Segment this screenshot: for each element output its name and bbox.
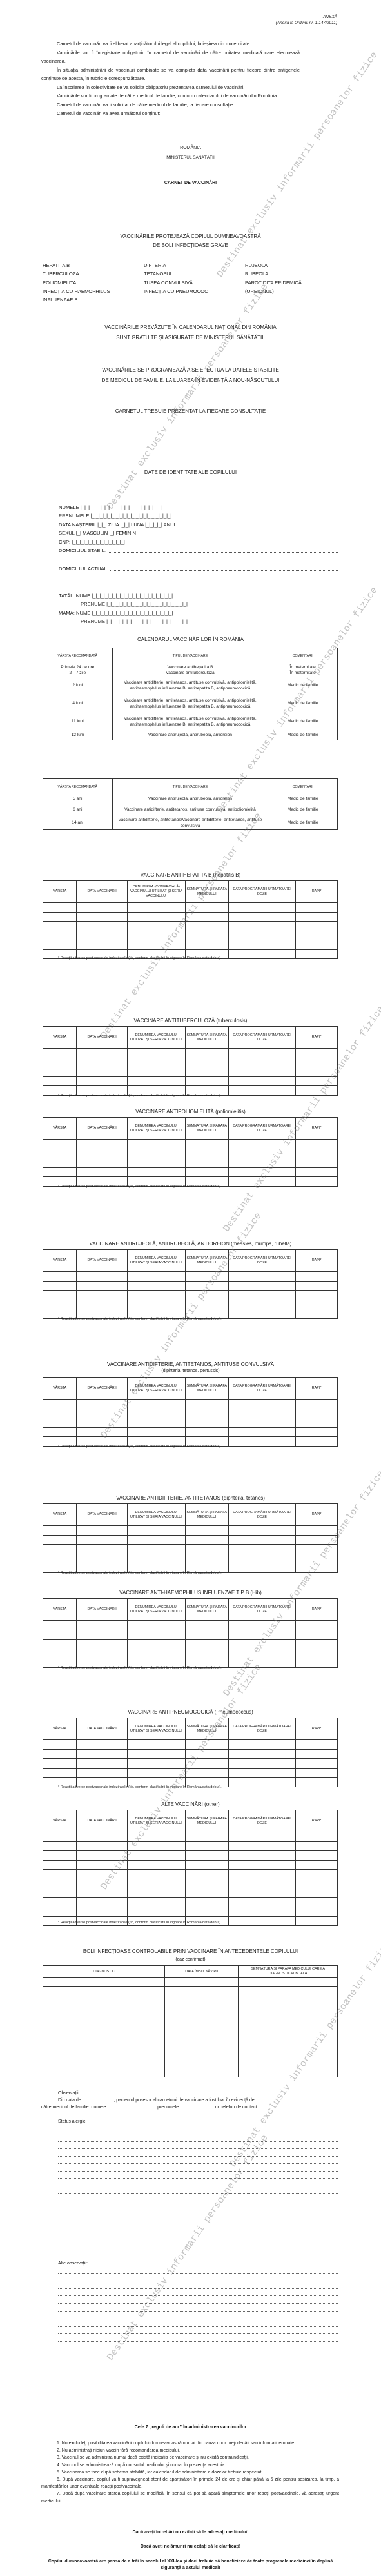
vaccine-cell[interactable]: [185, 922, 228, 931]
dotted-line: [59, 582, 338, 591]
vaccine-cell[interactable]: [185, 1167, 228, 1177]
adverse-reaction-footnote: * Reacții adverse postvaccinale indezira…: [58, 1317, 222, 1321]
vaccine-cell[interactable]: [296, 1149, 338, 1158]
vaccine-cell[interactable]: [43, 1768, 77, 1778]
vaccine-cell[interactable]: [296, 1888, 338, 1898]
vaccine-cell[interactable]: [296, 1916, 338, 1926]
vaccine-cell[interactable]: [43, 1167, 77, 1177]
observations-line-1[interactable]: Din data de ........................., p…: [41, 2097, 338, 2104]
vaccine-cell[interactable]: [43, 1554, 77, 1563]
vaccine-cell[interactable]: [296, 1400, 338, 1409]
vaccine-cell[interactable]: [228, 1888, 295, 1898]
vaccine-cell[interactable]: [228, 1563, 295, 1573]
vaccine-cell[interactable]: [43, 1535, 77, 1545]
disease-history-cell[interactable]: [239, 2005, 338, 2014]
vaccine-cell[interactable]: [128, 1049, 186, 1058]
vaccine-cell[interactable]: [296, 1140, 338, 1149]
disease-history-cell[interactable]: [239, 1978, 338, 1987]
vaccine-cell[interactable]: [296, 1621, 338, 1630]
vaccine-cell[interactable]: [128, 1630, 186, 1640]
vaccine-cell[interactable]: [185, 1832, 228, 1842]
vaccine-cell[interactable]: [296, 903, 338, 913]
vaccine-cell[interactable]: [77, 1300, 128, 1309]
vaccine-cell[interactable]: [43, 1300, 77, 1309]
disease-history-cell[interactable]: [43, 2059, 165, 2068]
field-prenumele[interactable]: PRENUMELE |_|_|_|_|_|_|_|_|_|_|_|_|_|_|_…: [59, 511, 338, 520]
vaccine-cell[interactable]: [228, 1851, 295, 1861]
vaccine-cell[interactable]: [128, 1300, 186, 1309]
vaccine-cell[interactable]: [128, 1158, 186, 1168]
vaccine-cell[interactable]: [228, 1281, 295, 1291]
vaccine-cell[interactable]: [43, 1545, 77, 1554]
disease-history-cell[interactable]: [165, 2032, 239, 2041]
vaccine-cell[interactable]: [77, 1272, 128, 1282]
allergy-dotted-line[interactable]: [58, 2134, 338, 2134]
vaccine-cell[interactable]: [228, 903, 295, 913]
allergy-dotted-line[interactable]: [58, 2171, 338, 2172]
vaccine-cell[interactable]: [296, 940, 338, 950]
other-observation-dotted-line[interactable]: [58, 2333, 338, 2334]
vaccine-cell[interactable]: [185, 1140, 228, 1149]
disease-history-cell[interactable]: [165, 2050, 239, 2059]
vaccine-cell[interactable]: [185, 1860, 228, 1870]
vaccine-cell[interactable]: [43, 1418, 77, 1428]
disease-history-cell[interactable]: [239, 2050, 338, 2059]
vaccine-cell[interactable]: [228, 912, 295, 922]
vaccine-cell[interactable]: [296, 1740, 338, 1750]
vaccine-cell[interactable]: [296, 1418, 338, 1428]
other-observation-dotted-line[interactable]: [58, 2281, 338, 2281]
vaccine-cell[interactable]: [43, 1049, 77, 1058]
vaccine-cell[interactable]: [128, 1907, 186, 1917]
field-mama-prenume[interactable]: PRENUME |_|_|_|_|_|_|_|_|_|_|_|_|_|_|_|_…: [59, 617, 338, 626]
vaccine-cell[interactable]: [43, 1281, 77, 1291]
vaccine-cell[interactable]: [77, 1158, 128, 1168]
vaccine-cell[interactable]: [185, 1535, 228, 1545]
vaccine-cell[interactable]: [77, 931, 128, 940]
vaccine-cell[interactable]: [77, 1759, 128, 1769]
vaccine-cell[interactable]: [228, 1067, 295, 1077]
vaccine-cell[interactable]: [128, 1640, 186, 1649]
vaccine-cell[interactable]: [296, 1841, 338, 1851]
vaccine-cell[interactable]: [43, 1291, 77, 1300]
vaccine-cell[interactable]: [77, 1067, 128, 1077]
vaccine-cell[interactable]: [128, 1545, 186, 1554]
vaccine-cell[interactable]: [128, 1535, 186, 1545]
vaccine-cell[interactable]: [296, 1658, 338, 1668]
vaccine-cell[interactable]: [77, 912, 128, 922]
vaccine-cell[interactable]: [128, 1851, 186, 1861]
field-numele[interactable]: NUMELE |_|_|_|_|_|_|_|_|_|_|_|_|_|_|_|_|…: [59, 503, 338, 511]
vaccine-cell[interactable]: [296, 1870, 338, 1879]
vaccine-cell[interactable]: [185, 1897, 228, 1907]
other-observation-dotted-line[interactable]: [58, 2319, 338, 2319]
vaccine-cell[interactable]: [43, 1058, 77, 1067]
vaccine-cell[interactable]: [185, 1870, 228, 1879]
vaccine-cell[interactable]: [77, 1630, 128, 1640]
vaccine-cell[interactable]: [77, 1149, 128, 1158]
vaccine-cell[interactable]: [185, 1149, 228, 1158]
vaccine-cell[interactable]: [128, 1067, 186, 1077]
vaccine-cell[interactable]: [128, 1427, 186, 1437]
vaccine-cell[interactable]: [228, 1291, 295, 1300]
vaccine-cell[interactable]: [128, 1149, 186, 1158]
vaccine-cell[interactable]: [43, 1740, 77, 1750]
vaccine-cell[interactable]: [296, 1860, 338, 1870]
other-observation-dotted-line[interactable]: [58, 2311, 338, 2312]
field-cnp[interactable]: CNP: |_|_|_|_|_|_|_|_|_|_|_|_|_|: [59, 538, 338, 546]
vaccine-cell[interactable]: [128, 1888, 186, 1898]
vaccine-cell[interactable]: [128, 1870, 186, 1879]
vaccine-cell[interactable]: [77, 903, 128, 913]
vaccine-cell[interactable]: [185, 1545, 228, 1554]
vaccine-cell[interactable]: [185, 1049, 228, 1058]
vaccine-cell[interactable]: [296, 1768, 338, 1778]
vaccine-cell[interactable]: [296, 1649, 338, 1658]
vaccine-cell[interactable]: [43, 1427, 77, 1437]
vaccine-cell[interactable]: [296, 1177, 338, 1187]
vaccine-cell[interactable]: [77, 1076, 128, 1086]
vaccine-cell[interactable]: [228, 1740, 295, 1750]
vaccine-cell[interactable]: [296, 931, 338, 940]
vaccine-cell[interactable]: [77, 1049, 128, 1058]
vaccine-cell[interactable]: [43, 1140, 77, 1149]
vaccine-cell[interactable]: [77, 1545, 128, 1554]
vaccine-cell[interactable]: [228, 1418, 295, 1428]
vaccine-cell[interactable]: [128, 903, 186, 913]
vaccine-cell[interactable]: [128, 912, 186, 922]
vaccine-cell[interactable]: [228, 1049, 295, 1058]
vaccine-cell[interactable]: [296, 1907, 338, 1917]
vaccine-cell[interactable]: [185, 1879, 228, 1888]
disease-history-cell[interactable]: [165, 2068, 239, 2077]
disease-history-cell[interactable]: [165, 2041, 239, 2050]
field-sexul[interactable]: SEXUL |_| MASCULIN |_| FEMININ: [59, 529, 338, 537]
vaccine-cell[interactable]: [228, 1897, 295, 1907]
vaccine-cell[interactable]: [77, 1140, 128, 1149]
vaccine-cell[interactable]: [128, 1418, 186, 1428]
disease-history-cell[interactable]: [43, 2050, 165, 2059]
vaccine-cell[interactable]: [43, 1860, 77, 1870]
vaccine-cell[interactable]: [185, 1409, 228, 1418]
vaccine-cell[interactable]: [43, 1149, 77, 1158]
vaccine-cell[interactable]: [296, 922, 338, 931]
table-row: [43, 1996, 338, 2005]
field-data-nasterii[interactable]: DATA NAȘTERII: |_|_| ZIUA |_|_| LUNA |_|…: [59, 520, 338, 529]
vaccine-cell[interactable]: [185, 931, 228, 940]
disease-history-cell[interactable]: [165, 2014, 239, 2023]
vaccine-cell[interactable]: [128, 1291, 186, 1300]
vaccine-cell[interactable]: [128, 1526, 186, 1536]
vaccine-cell[interactable]: [128, 1879, 186, 1888]
vaccine-cell[interactable]: [228, 1545, 295, 1554]
vaccine-cell[interactable]: [43, 1749, 77, 1759]
vaccine-cell[interactable]: [77, 1291, 128, 1300]
vaccine-cell[interactable]: [185, 1630, 228, 1640]
vaccine-cell[interactable]: [185, 1076, 228, 1086]
vaccine-cell[interactable]: [77, 1749, 128, 1759]
intro-paragraphs: Carnetul de vaccinări va fi eliberat apa…: [41, 39, 300, 118]
disease-history-cell[interactable]: [165, 1978, 239, 1987]
vaccine-cell[interactable]: [128, 1621, 186, 1630]
allergy-dotted-line[interactable]: [58, 2148, 338, 2149]
vaccine-cell[interactable]: [185, 1621, 228, 1630]
vaccine-cell[interactable]: [43, 1841, 77, 1851]
vaccine-cell[interactable]: [43, 1630, 77, 1640]
other-observation-dotted-line[interactable]: [58, 2295, 338, 2296]
vaccine-cell[interactable]: [185, 1851, 228, 1861]
vaccine-cell[interactable]: [228, 1427, 295, 1437]
vaccine-cell[interactable]: [228, 1841, 295, 1851]
vaccine-cell[interactable]: [77, 1740, 128, 1750]
vaccine-cell[interactable]: [185, 1640, 228, 1649]
vaccine-cell[interactable]: [43, 1400, 77, 1409]
vaccine-cell[interactable]: [296, 1058, 338, 1067]
vaccine-cell[interactable]: [43, 1649, 77, 1658]
vaccine-cell[interactable]: [296, 1640, 338, 1649]
vaccine-cell[interactable]: [77, 1058, 128, 1067]
vaccine-cell[interactable]: [296, 1300, 338, 1309]
vaccine-cell[interactable]: [43, 922, 77, 931]
vaccine-cell[interactable]: [228, 1759, 295, 1769]
field-tatal-nume[interactable]: TATĂL: NUME |_|_|_|_|_|_|_|_|_|_|_|_|_|_…: [59, 591, 338, 600]
disease-history-cell[interactable]: [43, 2068, 165, 2077]
vaccine-cell[interactable]: [77, 1888, 128, 1898]
disease-history-cell[interactable]: [165, 1996, 239, 2005]
vaccine-cell[interactable]: [296, 1309, 338, 1319]
vaccine-cell[interactable]: [228, 1300, 295, 1309]
vaccine-cell[interactable]: [228, 1860, 295, 1870]
vaccine-cell[interactable]: [296, 1291, 338, 1300]
vaccine-cell[interactable]: [185, 1427, 228, 1437]
vaccine-cell[interactable]: [228, 1309, 295, 1319]
vaccine-cell[interactable]: [296, 1281, 338, 1291]
disease-history-cell[interactable]: [43, 2032, 165, 2041]
vaccine-cell[interactable]: [228, 1272, 295, 1282]
disease-history-cell[interactable]: [239, 2059, 338, 2068]
table-row: [43, 1535, 338, 1545]
vaccine-cell[interactable]: [228, 1437, 295, 1447]
vaccine-cell[interactable]: [43, 1621, 77, 1630]
vaccine-cell[interactable]: [296, 1759, 338, 1769]
field-domiciliul-actual[interactable]: DOMICILIUL ACTUAL:: [59, 564, 338, 573]
vaccine-cell[interactable]: [77, 1640, 128, 1649]
allergy-dotted-line[interactable]: [58, 2193, 338, 2194]
vaccine-cell[interactable]: [296, 1897, 338, 1907]
vaccine-cell[interactable]: [228, 1554, 295, 1563]
vaccine-cell[interactable]: [296, 1879, 338, 1888]
vaccine-cell[interactable]: [43, 903, 77, 913]
vaccine-cell[interactable]: [43, 1640, 77, 1649]
vaccine-cell[interactable]: [77, 1768, 128, 1778]
vaccine-cell[interactable]: [128, 1649, 186, 1658]
vaccine-cell[interactable]: [228, 1916, 295, 1926]
vaccine-cell[interactable]: [228, 1870, 295, 1879]
vaccine-cell[interactable]: [296, 1158, 338, 1168]
vaccine-cell[interactable]: [128, 1058, 186, 1067]
vaccine-cell[interactable]: [128, 1897, 186, 1907]
allergy-dotted-line[interactable]: [58, 2141, 338, 2142]
vaccine-cell[interactable]: [128, 1281, 186, 1291]
vaccine-cell[interactable]: [228, 1879, 295, 1888]
allergy-dotted-line[interactable]: [58, 2156, 338, 2157]
other-observation-dotted-line[interactable]: [58, 2303, 338, 2304]
disease-history-cell[interactable]: [43, 2023, 165, 2032]
vaccine-cell[interactable]: [228, 1400, 295, 1409]
vaccine-cell[interactable]: [43, 1907, 77, 1917]
vaccine-cell[interactable]: [128, 1409, 186, 1418]
calendar-age: 6 ani: [43, 804, 113, 817]
vaccine-cell[interactable]: [185, 1058, 228, 1067]
vaccine-cell[interactable]: [128, 1272, 186, 1282]
vaccine-cell[interactable]: [43, 1888, 77, 1898]
disease-history-cell[interactable]: [165, 2005, 239, 2014]
vaccine-cell[interactable]: [228, 1076, 295, 1086]
vaccine-cell[interactable]: [296, 1049, 338, 1058]
field-tatal-prenume[interactable]: PRENUME |_|_|_|_|_|_|_|_|_|_|_|_|_|_|_|_…: [59, 600, 338, 608]
allergy-dotted-line[interactable]: [58, 2186, 338, 2186]
vaccine-cell[interactable]: [43, 1870, 77, 1879]
vaccine-cell[interactable]: [128, 1167, 186, 1177]
disease-history-cell[interactable]: [165, 2059, 239, 2068]
disease-history-cell[interactable]: [239, 1996, 338, 2005]
allergy-dotted-line[interactable]: [58, 2163, 338, 2164]
vaccine-cell[interactable]: [228, 922, 295, 931]
vaccine-cell[interactable]: [77, 1526, 128, 1536]
vaccine-cell[interactable]: [296, 1272, 338, 1282]
vaccine-cell[interactable]: [296, 1630, 338, 1640]
disease-history-cell[interactable]: [165, 1987, 239, 1996]
vaccine-cell[interactable]: [185, 1649, 228, 1658]
vaccine-cell[interactable]: [296, 1832, 338, 1842]
vaccine-cell[interactable]: [77, 922, 128, 931]
field-domiciliul-stabil[interactable]: DOMICILIUL STABIL:: [59, 546, 338, 555]
table-row: [43, 931, 338, 940]
vaccine-cell[interactable]: [185, 1418, 228, 1428]
disease-history-cell[interactable]: [43, 2014, 165, 2023]
vaccine-cell[interactable]: [185, 1067, 228, 1077]
vaccine-cell[interactable]: [228, 1832, 295, 1842]
disease-history-cell[interactable]: [43, 2041, 165, 2050]
vaccine-cell[interactable]: [185, 1526, 228, 1536]
vaccine-cell[interactable]: [43, 1897, 77, 1907]
disease-history-cell[interactable]: [43, 1987, 165, 1996]
vaccine-cell[interactable]: [228, 1768, 295, 1778]
vaccine-cell[interactable]: [128, 1140, 186, 1149]
vaccine-cell[interactable]: [228, 1907, 295, 1917]
vaccine-cell[interactable]: [228, 1621, 295, 1630]
vaccine-cell[interactable]: [296, 1437, 338, 1447]
vaccine-cell[interactable]: [296, 1427, 338, 1437]
vaccine-cell[interactable]: [185, 940, 228, 950]
vaccine-cell[interactable]: [185, 1158, 228, 1168]
vaccine-cell[interactable]: [43, 1851, 77, 1861]
disease-history-cell[interactable]: [239, 1987, 338, 1996]
vaccine-cell[interactable]: [228, 1778, 295, 1787]
vaccine-cell[interactable]: [296, 1778, 338, 1787]
vaccine-cell[interactable]: [43, 1759, 77, 1769]
allergy-dotted-line[interactable]: [58, 2201, 338, 2201]
vaccine-cell[interactable]: [296, 1749, 338, 1759]
vaccine-cell[interactable]: [77, 1649, 128, 1658]
vaccine-cell[interactable]: [43, 931, 77, 940]
vaccine-cell[interactable]: [228, 1409, 295, 1418]
vaccine-cell[interactable]: [296, 1851, 338, 1861]
disease-history-cell[interactable]: [239, 2014, 338, 2023]
vaccine-cell[interactable]: [77, 1897, 128, 1907]
vaccine-cell[interactable]: [77, 1281, 128, 1291]
vaccine-cell[interactable]: [43, 940, 77, 950]
vaccine-cell[interactable]: [43, 1158, 77, 1168]
observations-line-3[interactable]: ........................................…: [41, 2111, 338, 2118]
vaccine-cell[interactable]: [128, 1554, 186, 1563]
vaccine-cell[interactable]: [77, 1907, 128, 1917]
vaccine-cell[interactable]: [77, 1841, 128, 1851]
vaccine-cell[interactable]: [128, 1759, 186, 1769]
vaccine-cell[interactable]: [77, 1554, 128, 1563]
other-observation-dotted-line[interactable]: [58, 2273, 338, 2274]
disease-history-cell[interactable]: [43, 2005, 165, 2014]
vaccine-cell[interactable]: [228, 949, 295, 959]
observations-line-2[interactable]: către medicul de familie: numele .......…: [41, 2104, 338, 2111]
vaccine-cell[interactable]: [228, 1535, 295, 1545]
vaccine-cell[interactable]: [228, 1158, 295, 1168]
vaccine-cell[interactable]: [128, 1400, 186, 1409]
vaccine-cell[interactable]: [128, 1740, 186, 1750]
disease-history-cell[interactable]: [43, 1996, 165, 2005]
vaccine-cell[interactable]: [185, 1841, 228, 1851]
vaccine-cell[interactable]: [228, 1749, 295, 1759]
disease-history-cell[interactable]: [165, 2023, 239, 2032]
allergy-dotted-line[interactable]: [58, 2178, 338, 2179]
vaccine-cell[interactable]: [185, 1400, 228, 1409]
vaccine-cell[interactable]: [296, 912, 338, 922]
vaccine-cell[interactable]: [185, 1907, 228, 1917]
vaccine-cell[interactable]: [43, 1526, 77, 1536]
vaccine-cell[interactable]: [128, 1860, 186, 1870]
vaccine-cell[interactable]: [296, 1409, 338, 1418]
vaccine-cell[interactable]: [77, 1535, 128, 1545]
vaccine-cell[interactable]: [77, 1167, 128, 1177]
vaccine-cell[interactable]: [296, 949, 338, 959]
vaccine-cell[interactable]: [228, 931, 295, 940]
vaccine-cell[interactable]: [43, 1067, 77, 1077]
vaccine-cell[interactable]: [43, 912, 77, 922]
vaccine-cell[interactable]: [128, 1749, 186, 1759]
vaccine-cell[interactable]: [296, 1167, 338, 1177]
vaccine-cell[interactable]: [77, 940, 128, 950]
other-observation-dotted-line[interactable]: [58, 2326, 338, 2327]
vaccine-cell[interactable]: [43, 1879, 77, 1888]
other-observation-dotted-line[interactable]: [58, 2288, 338, 2289]
vaccine-cell[interactable]: [185, 1888, 228, 1898]
field-mama-nume[interactable]: MAMA: NUME |_|_|_|_|_|_|_|_|_|_|_|_|_|_|…: [59, 609, 338, 617]
vaccine-cell[interactable]: [228, 940, 295, 950]
vaccine-cell[interactable]: [43, 1076, 77, 1086]
vaccine-cell[interactable]: [43, 1409, 77, 1418]
vaccine-cell[interactable]: [228, 1086, 295, 1096]
vaccine-cell[interactable]: [228, 1058, 295, 1067]
vaccine-cell[interactable]: [185, 1554, 228, 1563]
vaccine-cell[interactable]: [77, 1621, 128, 1630]
disease-history-cell[interactable]: [43, 1978, 165, 1987]
other-observation-dotted-line[interactable]: [58, 2341, 338, 2342]
vaccine-cell[interactable]: [128, 1076, 186, 1086]
vaccine-cell[interactable]: [43, 1272, 77, 1282]
vaccine-cell[interactable]: [43, 1832, 77, 1842]
vaccine-cell[interactable]: [228, 1526, 295, 1536]
vaccine-cell[interactable]: [77, 1832, 128, 1842]
